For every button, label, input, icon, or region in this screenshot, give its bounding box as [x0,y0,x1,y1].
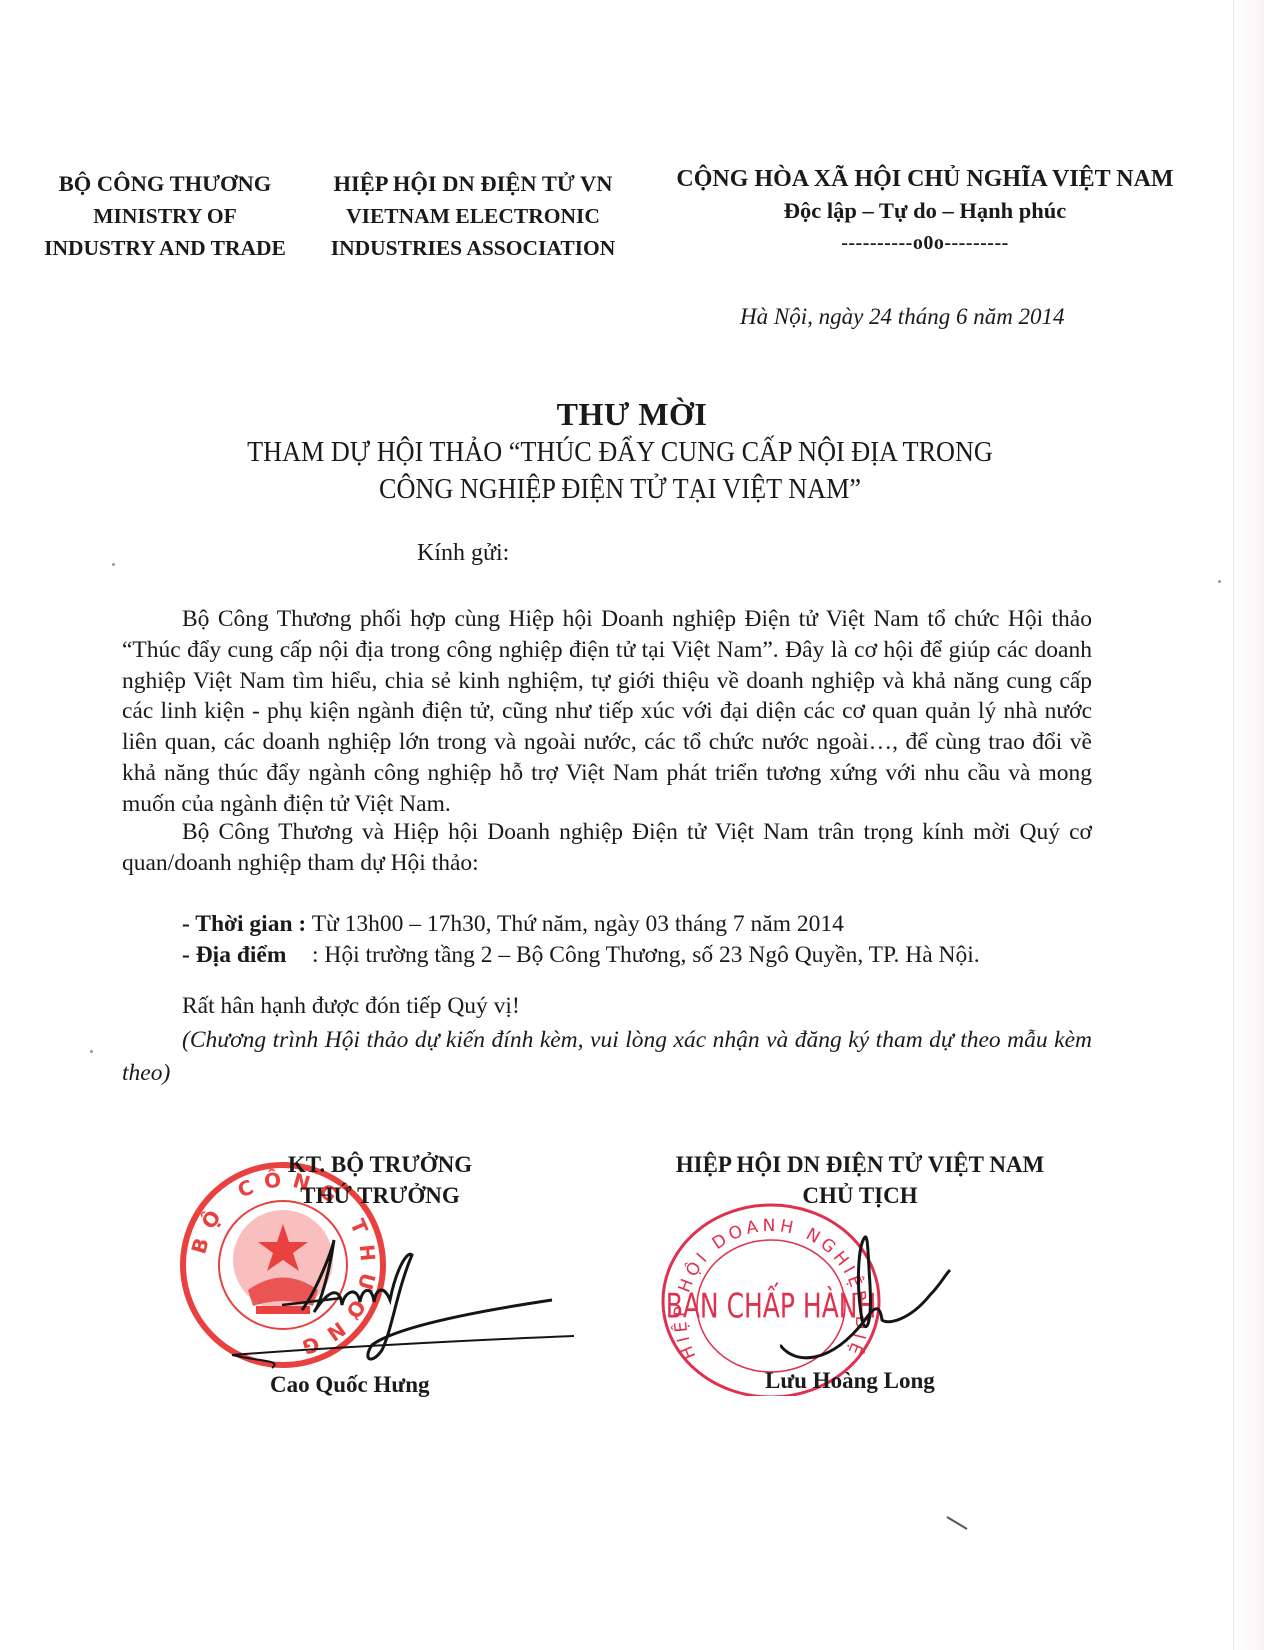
right-title-line-2: CHỦ TỊCH [600,1180,1120,1211]
header-divider: ----------o0o--------- [645,227,1205,259]
subtitle-line-1: THAM DỰ HỘI THẢO “THÚC ĐẨY CUNG CẤP NỘI … [160,434,1080,471]
right-signatory-name: Lưu Hoàng Long [765,1368,935,1394]
subtitle-line-2: CÔNG NGHIỆP ĐIỆN TỬ TẠI VIỆT NAM” [160,471,1080,508]
scan-mark [945,1515,975,1535]
ministry-header: BỘ CÔNG THƯƠNG MINISTRY OF INDUSTRY AND … [40,168,290,264]
ministry-name-en-1: MINISTRY OF [40,200,290,232]
time-label: - Thời gian : [182,909,306,940]
right-title-line-1: HIỆP HỘI DN ĐIỆN TỬ VIỆT NAM [600,1149,1120,1180]
association-name-en-1: VIETNAM ELECTRONIC [308,200,638,232]
attachment-note: (Chương trình Hội thảo dự kiến đính kèm,… [122,1024,1092,1090]
association-name-vi: HIỆP HỘI DN ĐIỆN TỬ VN [308,168,638,200]
association-header: HIỆP HỘI DN ĐIỆN TỬ VN VIETNAM ELECTRONI… [308,168,638,264]
date-line: Hà Nội, ngày 24 tháng 6 năm 2014 [740,304,1065,330]
signature-luu-hoang-long [780,1225,980,1365]
closing-line: Rất hân hạnh được đón tiếp Quý vị! [182,993,520,1020]
document-title: THƯ MỜI [0,396,1264,433]
right-signatory-title: HIỆP HỘI DN ĐIỆN TỬ VIỆT NAM CHỦ TỊCH [600,1149,1120,1211]
left-signatory-title: KT. BỘ TRƯỞNG THỨ TRƯỞNG [200,1149,560,1211]
event-time: - Thời gian : Từ 13h00 – 17h30, Thứ năm,… [182,909,980,940]
national-motto: Độc lập – Tự do – Hạnh phúc [645,195,1205,227]
scan-speck [90,1050,93,1053]
signature-cao-quoc-hung [222,1230,582,1380]
republic-header: CỘNG HÒA XÃ HỘI CHỦ NGHĨA VIỆT NAM Độc l… [645,163,1205,259]
body-paragraph-2: Bộ Công Thương và Hiệp hội Doanh nghiệp … [122,817,1092,879]
scanned-page-edge [1233,0,1264,1650]
republic-name: CỘNG HÒA XÃ HỘI CHỦ NGHĨA VIỆT NAM [645,163,1205,195]
scan-speck [1218,580,1221,583]
left-signatory-name: Cao Quốc Hưng [270,1372,429,1398]
body-paragraph-1: Bộ Công Thương phối hợp cùng Hiệp hội Do… [122,604,1092,820]
venue-value: : Hội trường tầng 2 – Bộ Công Thương, số… [312,942,980,968]
venue-label: - Địa điểm [182,940,312,971]
left-title-line-1: KT. BỘ TRƯỞNG [200,1149,560,1180]
salutation: Kính gửi: [417,540,509,567]
scan-speck [112,563,115,566]
time-value: Từ 13h00 – 17h30, Thứ năm, ngày 03 tháng… [306,911,844,937]
left-title-line-2: THỨ TRƯỞNG [200,1180,560,1211]
association-name-en-2: INDUSTRIES ASSOCIATION [308,232,638,264]
ministry-name-en-2: INDUSTRY AND TRADE [40,232,290,264]
ministry-name-vi: BỘ CÔNG THƯƠNG [40,168,290,200]
event-venue: - Địa điểm: Hội trường tầng 2 – Bộ Công … [182,940,980,971]
event-details: - Thời gian : Từ 13h00 – 17h30, Thứ năm,… [182,909,980,971]
document-subtitle: THAM DỰ HỘI THẢO “THÚC ĐẨY CUNG CẤP NỘI … [160,434,1080,508]
